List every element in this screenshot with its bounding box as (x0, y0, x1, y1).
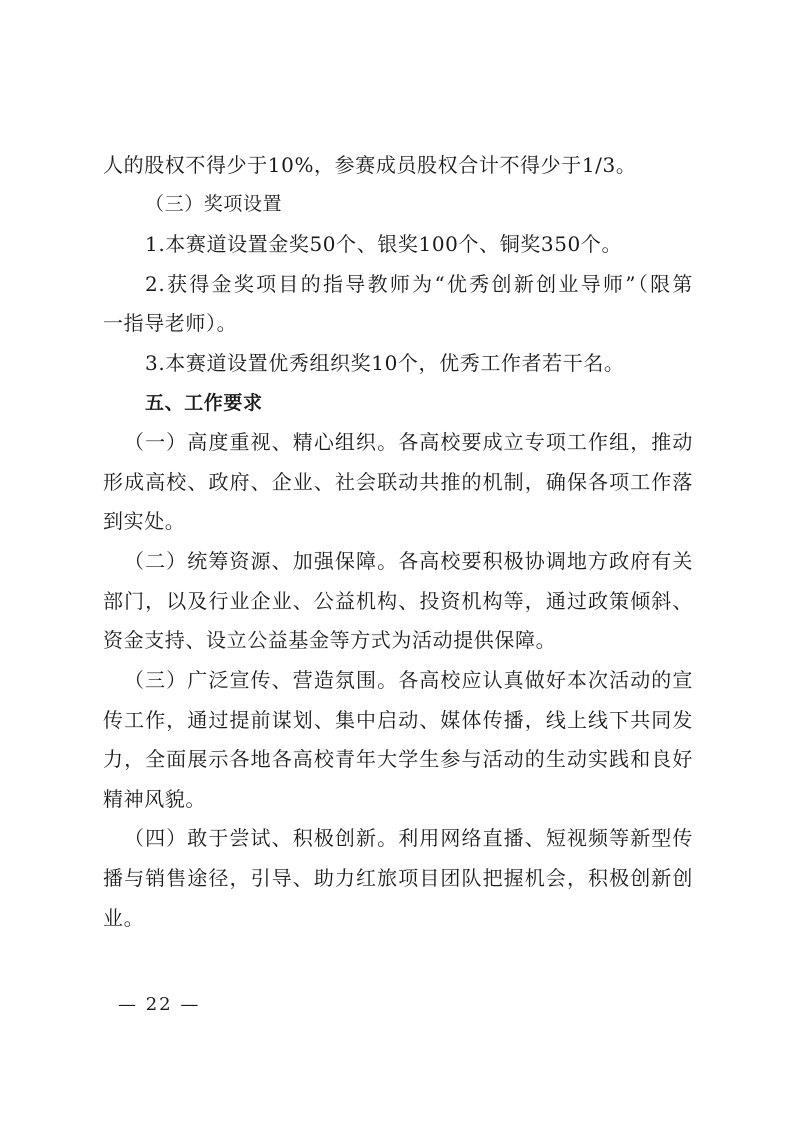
requirement-4-line-3: 业。 (103, 898, 693, 938)
requirement-3-line-1: （三）广泛宣传、营造氛围。各高校应认真做好本次活动的宣 (124, 660, 693, 700)
award-item-3: 3.本赛道设置优秀组织奖10个，优秀工作者若干名。 (145, 343, 693, 383)
requirement-2-line-3: 资金支持、设立公益基金等方式为活动提供保障。 (103, 620, 693, 660)
requirement-3-line-3: 力，全面展示各地各高校青年大学生参与活动的生动实践和良好 (103, 739, 693, 779)
requirement-1-line-2: 形成高校、政府、企业、社会联动共推的机制，确保各项工作落 (103, 462, 693, 502)
requirement-3-line-2: 传工作，通过提前谋划、集中启动、媒体传播，线上线下共同发 (103, 700, 693, 740)
requirement-4-line-1: （四）敢于尝试、积极创新。利用网络直播、短视频等新型传 (124, 818, 693, 858)
requirement-1-line-3: 到实处。 (103, 501, 693, 541)
award-item-2-cont: 一指导老师）。 (103, 303, 693, 343)
subheading-awards: （三）奖项设置 (145, 184, 735, 224)
document-page: 人的股权不得少于10%，参赛成员股权合计不得少于1/3。 （三）奖项设置 1.本… (0, 0, 793, 1122)
requirement-2-line-2: 部门，以及行业企业、公益机构、投资机构等，通过政策倾斜、 (103, 581, 693, 621)
requirement-3-line-4: 精神风貌。 (103, 779, 693, 819)
section-heading-work-requirements: 五、工作要求 (145, 383, 735, 423)
requirement-4-line-2: 播与销售途径，引导、助力红旅项目团队把握机会，积极创新创 (103, 858, 693, 898)
award-item-2: 2.获得金奖项目的指导教师为“优秀创新创业导师”（限第 (145, 264, 693, 304)
paragraph-line-equity: 人的股权不得少于10%，参赛成员股权合计不得少于1/3。 (103, 145, 693, 185)
requirement-2-line-1: （二）统筹资源、加强保障。各高校要积极协调地方政府有关 (124, 541, 693, 581)
award-item-1: 1.本赛道设置金奖50个、银奖100个、铜奖350个。 (145, 224, 693, 264)
page-number: — 22 — (118, 990, 200, 1020)
requirement-1-line-1: （一）高度重视、精心组织。各高校要成立专项工作组，推动 (124, 422, 693, 462)
